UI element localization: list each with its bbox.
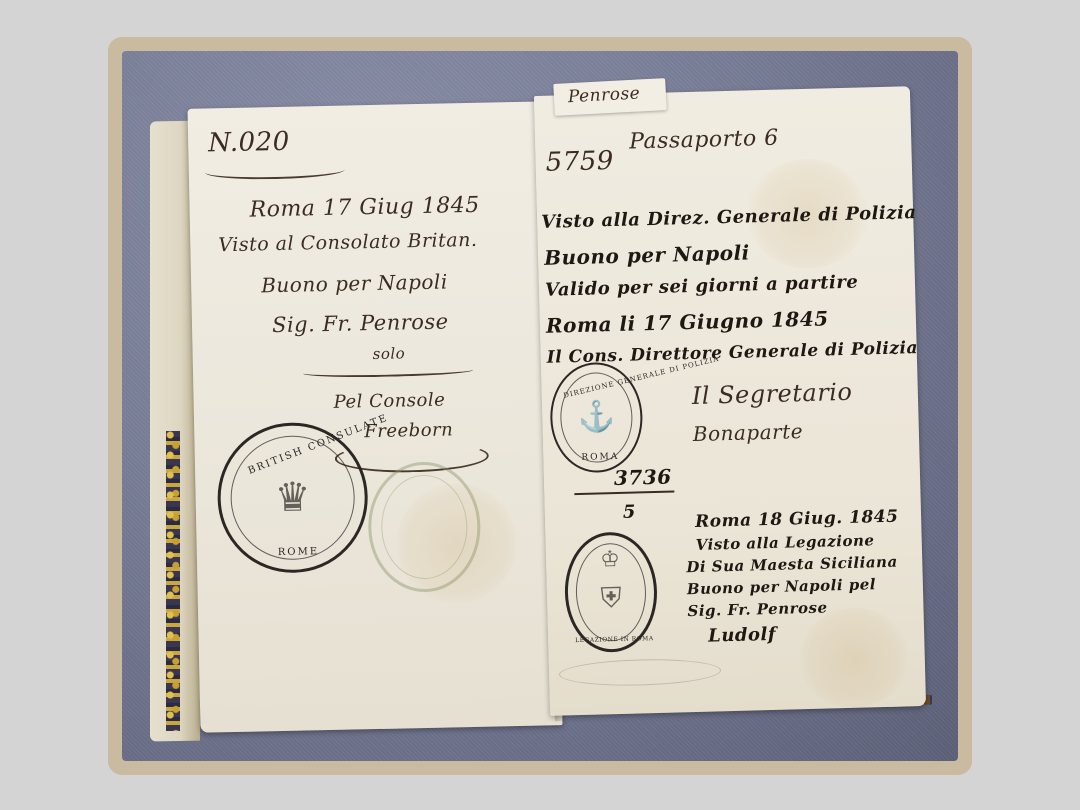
stamp-bottom-text: ROME [278,546,320,558]
police-line-3: Valido per sei giorni a partire [545,272,859,301]
registry-underline [574,490,674,495]
legation-line-2: Di Sua Maesta Siciliana [686,553,898,577]
marbled-cover-edge [166,431,180,731]
header-note: Passaporto 6 [629,126,779,155]
flourish-underline [303,365,473,379]
image-frame: N.020 Roma 17 Giug 1845 Visto al Consola… [108,37,972,775]
holder-name: Sig. Fr. Penrose [272,309,449,337]
crown-icon: ♔ [600,549,620,572]
stamp-bottom-text: ROMA [581,452,619,463]
header-number: 5759 [545,146,614,178]
signature-official: Bonaparte [693,419,804,446]
passport-photo: N.020 Roma 17 Giug 1845 Visto al Consola… [122,51,958,761]
right-page: 5759 Passaporto 6 Visto alla Direz. Gene… [534,86,926,716]
legation-stamp: ♔ ⛨ LEGAZIONE IN ROMA [563,531,658,653]
signature-secretary: Il Segretario [691,378,852,410]
left-page: N.020 Roma 17 Giug 1845 Visto al Consola… [188,101,563,732]
consul-line: Pel Console [333,390,445,413]
solo-note: solo [372,344,405,363]
police-stamp: DIREZIONE GENERALE DI POLIZIA ⚓ ROMA [549,361,644,473]
flourish-underline [205,162,345,181]
legation-line-4: Sig. Fr. Penrose [687,599,827,621]
small-number: 5 [623,502,637,523]
legation-line-3: Buono per Napoli pel [687,575,877,598]
visa-line-1: Visto al Consolato Britan. [218,229,477,256]
paper-stain [395,482,517,604]
legation-date: Roma 18 Giug. 1845 [695,507,899,532]
registry-number: 3736 [614,465,672,491]
legation-signature: Ludolf [708,624,776,647]
police-line-2: Buono per Napoli [544,240,750,269]
name-tab: Penrose [553,78,667,116]
crossed-keys-icon: ⚓ [577,402,615,433]
paper-stain [797,606,910,709]
visa-line-2: Buono per Napoli [261,269,448,297]
stamp-bottom-text: LEGAZIONE IN ROMA [575,635,654,644]
police-date-line: Roma li 17 Giugno 1845 [546,306,829,337]
coat-of-arms-icon: ♛ [274,477,311,518]
shield-icon: ⛨ [600,584,622,613]
faint-offset-signature [559,657,722,687]
tab-label: Penrose [567,83,640,107]
legation-line-1: Visto alla Legazione [696,531,875,554]
british-consulate-stamp: BRITISH CONSULATE ♛ ROME [216,421,369,574]
date-line: Roma 17 Giug 1845 [249,193,480,223]
document-number: N.020 [208,127,290,159]
